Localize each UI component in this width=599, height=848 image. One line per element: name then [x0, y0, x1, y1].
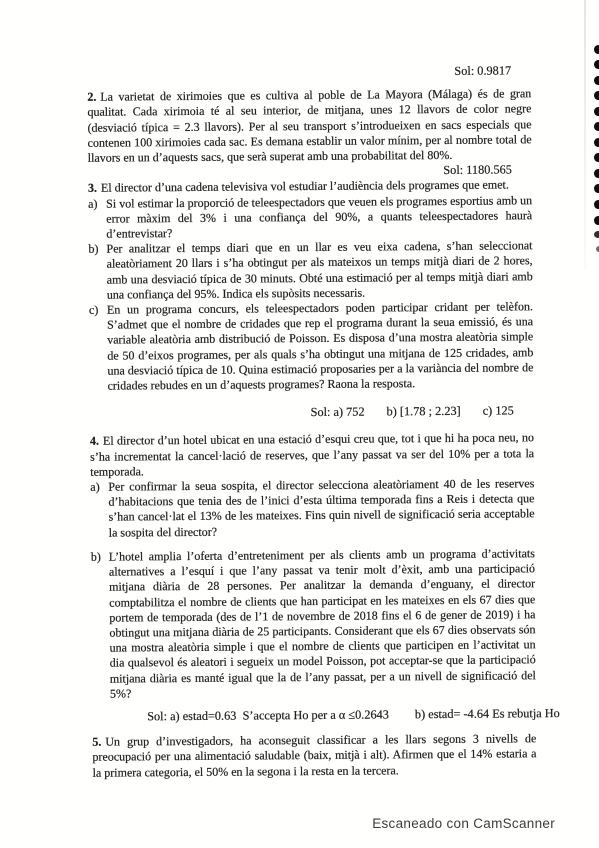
scanned-exam-page: Sol: 0.9817 2.La varietat de xirimoies q…: [0, 0, 599, 848]
solution-p3-c: c) 125: [483, 404, 514, 419]
problem-4-item-a: a) Per confirmar la seua sospita, el dir…: [90, 476, 534, 540]
problem-3-item-b: b) Per analitzar el temps diari que en u…: [88, 238, 532, 302]
binding-dot: [594, 60, 599, 69]
binding-dot: [594, 91, 599, 100]
item-text: L’hotel amplia l’oferta d’entreteniment …: [109, 546, 536, 701]
item-text: Si vol estimar la proporció de teleespec…: [106, 193, 532, 242]
problem-2: 2.La varietat de xirimoies que es cultiv…: [87, 86, 532, 166]
problem-3-item-c: c) En un programa concurs, els teleespec…: [89, 299, 534, 394]
item-label: b): [91, 549, 110, 701]
problem-3-intro-text: El director d’una cadena televisiva vol …: [101, 178, 509, 195]
solution-p3-a: Sol: a) 752: [311, 405, 365, 421]
solution-p4-a: Sol: a) estad=0.63 S’accepta Ho per a α …: [147, 707, 389, 724]
problem-5-text: Un grup d’investigadors, ha aconseguit c…: [92, 731, 536, 779]
binding-dot: [594, 122, 599, 131]
item-label: a): [90, 480, 108, 541]
solution-p4-b: b) estad= -4.64 Es rebutja Ho: [415, 706, 560, 722]
item-text: Per confirmar la seua sospita, el direct…: [108, 476, 534, 540]
binding-dot: [594, 76, 599, 85]
problem-3-number: 3.: [88, 181, 97, 195]
problem-2-number: 2.: [87, 90, 96, 104]
problem-4-item-b: b) L’hotel amplia l’oferta d’entretenime…: [91, 546, 536, 702]
binding-dot: [594, 231, 599, 238]
binding-dot: [594, 107, 599, 116]
item-label: b): [88, 242, 106, 303]
item-label: a): [88, 196, 106, 242]
binding-dot: [594, 169, 599, 178]
binding-dot: [594, 200, 599, 209]
document-content: Sol: 0.9817 2.La varietat de xirimoies q…: [87, 57, 537, 780]
problem-5: 5.Un grup d’investigadors, ha aconseguit…: [92, 731, 536, 780]
solution-line-p4: Sol: a) estad=0.63 S’accepta Ho per a α …: [147, 706, 536, 724]
problem-4-number: 4.: [90, 434, 99, 448]
problem-5-number: 5.: [92, 735, 101, 749]
solution-line-p3: Sol: a) 752 b) [1.78 ; 2.23] c) 125: [90, 404, 514, 423]
spiral-binding-shadow: [589, 0, 599, 270]
problem-3-item-a: a) Si vol estimar la proporció de telees…: [88, 193, 532, 242]
binding-dot: [594, 138, 599, 147]
binding-dot: [594, 184, 599, 193]
camscanner-watermark: Escaneado con CamScanner: [372, 816, 555, 831]
problem-4-intro-text: El director d’un hotel ubicat en una est…: [90, 431, 534, 479]
solution-p3-b: b) [1.78 ; 2.23]: [387, 404, 461, 420]
solution-line-above-p2: Sol: 0.9817: [87, 63, 531, 82]
binding-dot: [594, 45, 599, 54]
item-text: En un programa concurs, els teleespectad…: [107, 299, 534, 394]
page-crease-line: [584, 0, 586, 270]
item-text: Per analitzar el temps diari que en un l…: [106, 238, 532, 302]
problem-4-intro: 4.El director d’un hotel ubicat en una e…: [90, 431, 534, 480]
problem-2-text: La varietat de xirimoies que es cultiva …: [87, 86, 531, 164]
binding-dot: [594, 216, 599, 225]
binding-dot: [594, 153, 599, 162]
item-label: c): [89, 303, 108, 394]
